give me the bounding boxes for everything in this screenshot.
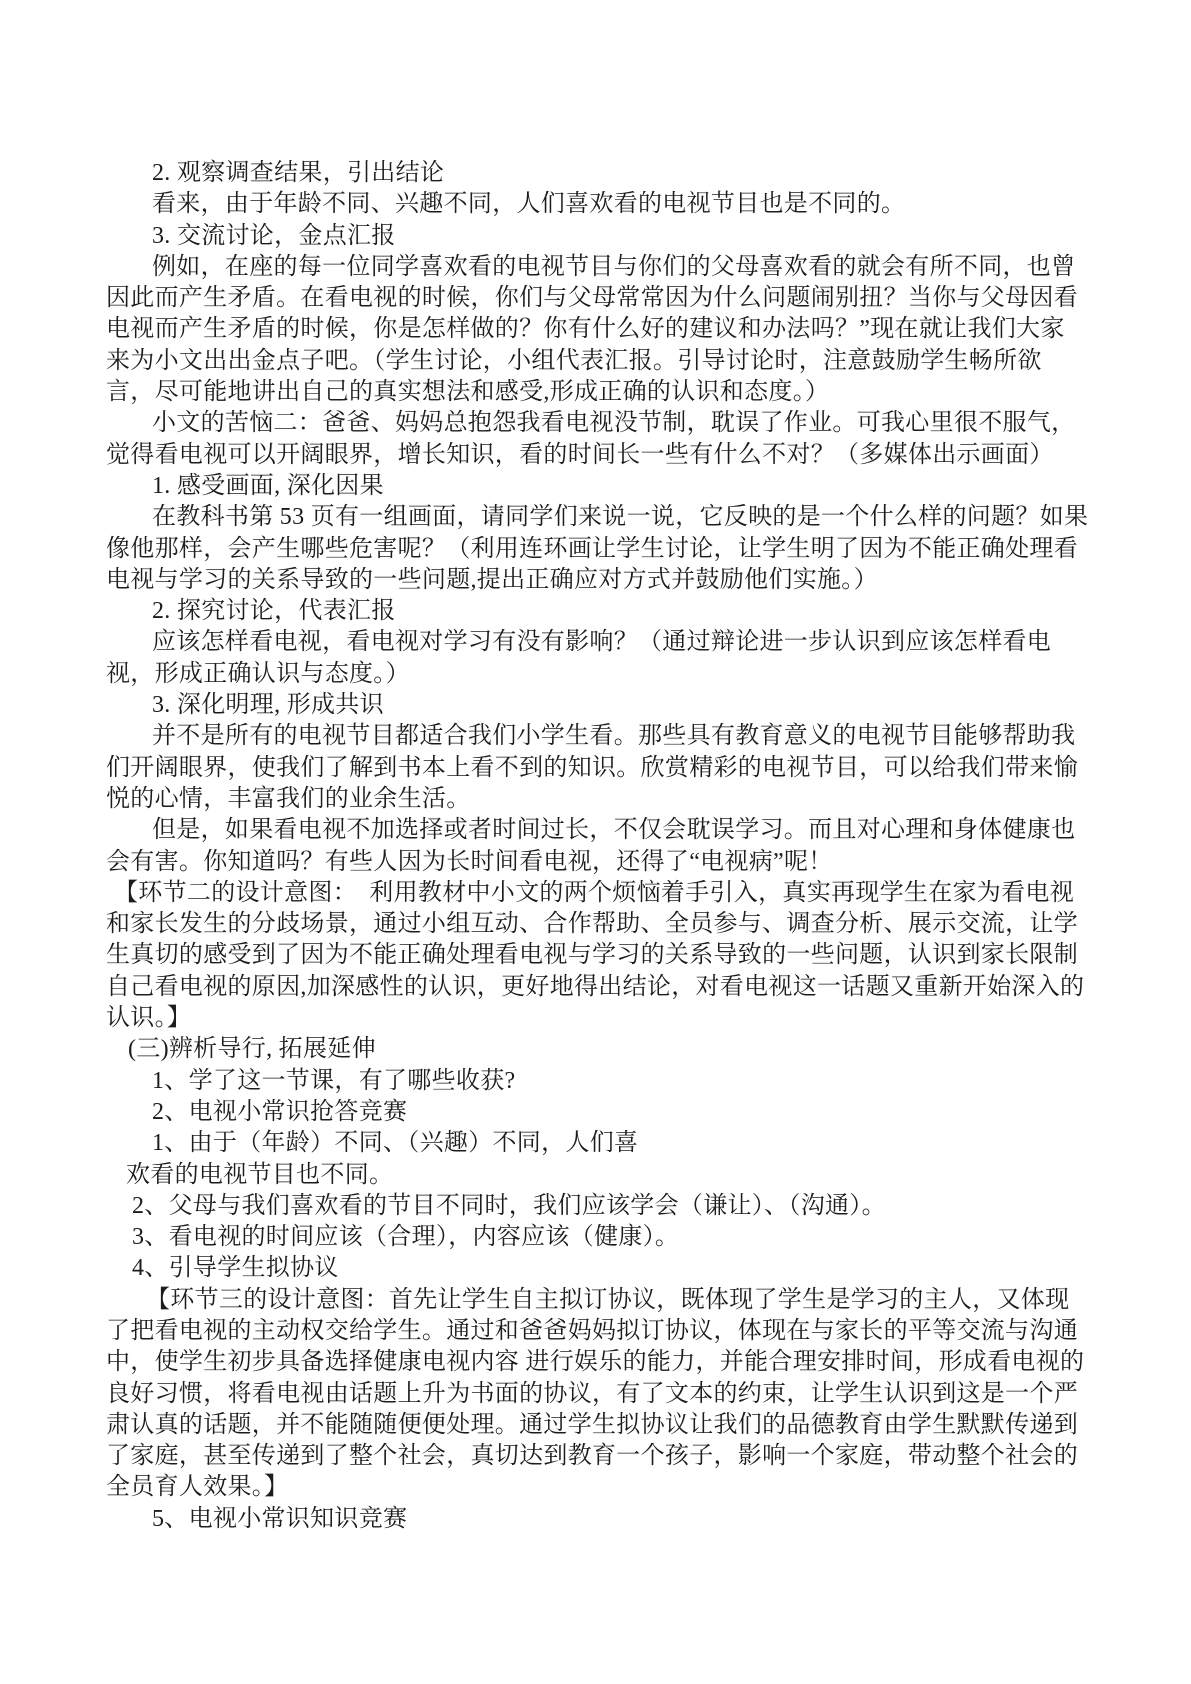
text-line: 2、电视小常识抢答竞赛 (106, 1097, 1116, 1128)
text-line: 会有害。你知道吗？有些人因为长时间看电视，还得了“电视病”呢！ (106, 847, 1116, 878)
text-line: 像他那样，会产生哪些危害呢？（利用连环画让学生讨论，让学生明了因为不能正确处理看 (106, 534, 1116, 565)
text-line: 在教科书第 53 页有一组画面，请同学们来说一说，它反映的是一个什么样的问题？如… (106, 502, 1116, 533)
text-line: 了家庭，甚至传递到了整个社会，真切达到教育一个孩子，影响一个家庭，带动整个社会的 (106, 1441, 1116, 1472)
text-line: 良好习惯，将看电视由话题上升为书面的协议，有了文本的约束，让学生认识到这是一个严 (106, 1379, 1116, 1410)
text-line: 视，形成正确认识与态度。） (106, 659, 1116, 690)
text-line: 悦的心情，丰富我们的业余生活。 (106, 784, 1116, 815)
text-line: 言，尽可能地讲出自己的真实想法和感受,形成正确的认识和态度。） (106, 377, 1116, 408)
text-line: 了把看电视的主动权交给学生。通过和爸爸妈妈拟订协议，体现在与家长的平等交流与沟通 (106, 1316, 1116, 1347)
text-line: 欢看的电视节目也不同。 (106, 1160, 1116, 1191)
text-line: 1、学了这一节课，有了哪些收获? (106, 1066, 1116, 1097)
text-line: 和家长发生的分歧场景，通过小组互动、合作帮助、全员参与、调查分析、展示交流，让学 (106, 909, 1116, 940)
text-line: 生真切的感受到了因为不能正确处理看电视与学习的关系导致的一些问题，认识到家长限制 (106, 940, 1116, 971)
text-line: 1、由于（年龄）不同、（兴趣）不同，人们喜 (106, 1128, 1116, 1159)
text-line: 4、引导学生拟协议 (106, 1253, 1116, 1284)
text-line: 们开阔眼界，使我们了解到书本上看不到的知识。欣赏精彩的电视节目，可以给我们带来愉 (106, 753, 1116, 784)
text-line: 认识。】 (106, 1003, 1116, 1034)
text-line: 3. 深化明理, 形成共识 (106, 690, 1116, 721)
text-line: 自己看电视的原因,加深感性的认识，更好地得出结论，对看电视这一话题又重新开始深入… (106, 972, 1116, 1003)
text-line: 【环节二的设计意图： 利用教材中小文的两个烦恼着手引入，真实再现学生在家为看电视 (106, 878, 1116, 909)
document-page: 2. 观察调查结果，引出结论看来，由于年龄不同、兴趣不同，人们喜欢看的电视节目也… (0, 0, 1191, 1684)
text-line: 3. 交流讨论，金点汇报 (106, 221, 1116, 252)
text-line: 2. 观察调查结果，引出结论 (106, 158, 1116, 189)
text-line: (三)辨析导行, 拓展延伸 (106, 1034, 1116, 1065)
text-line: 小文的苦恼二：爸爸、妈妈总抱怨我看电视没节制，耽误了作业。可我心里很不服气， (106, 408, 1116, 439)
text-line: 并不是所有的电视节目都适合我们小学生看。那些具有教育意义的电视节目能够帮助我 (106, 721, 1116, 752)
text-line: 来为小文出出金点子吧。（学生讨论，小组代表汇报。引导讨论时，注意鼓励学生畅所欲 (106, 346, 1116, 377)
text-line: 5、电视小常识知识竞赛 (106, 1504, 1116, 1535)
text-line: 看来，由于年龄不同、兴趣不同，人们喜欢看的电视节目也是不同的。 (106, 189, 1116, 220)
text-line: 2. 探究讨论，代表汇报 (106, 596, 1116, 627)
text-line: 肃认真的话题，并不能随随便便处理。通过学生拟协议让我们的品德教育由学生默默传递到 (106, 1410, 1116, 1441)
text-line: 3、看电视的时间应该（合理），内容应该（健康）。 (106, 1222, 1116, 1253)
text-line: 但是，如果看电视不加选择或者时间过长，不仅会耽误学习。而且对心理和身体健康也 (106, 815, 1116, 846)
text-line: 全员育人效果。】 (106, 1472, 1116, 1503)
text-block: 2. 观察调查结果，引出结论看来，由于年龄不同、兴趣不同，人们喜欢看的电视节目也… (106, 158, 1116, 1535)
text-line: 中，使学生初步具备选择健康电视内容 进行娱乐的能力，并能合理安排时间，形成看电视… (106, 1347, 1116, 1378)
text-line: 应该怎样看电视，看电视对学习有没有影响？（通过辩论进一步认识到应该怎样看电 (106, 627, 1116, 658)
text-line: 觉得看电视可以开阔眼界，增长知识，看的时间长一些有什么不对？（多媒体出示画面） (106, 440, 1116, 471)
text-line: 【环节三的设计意图：首先让学生自主拟订协议，既体现了学生是学习的主人，又体现 (106, 1285, 1116, 1316)
text-line: 电视与学习的关系导致的一些问题,提出正确应对方式并鼓励他们实施。） (106, 565, 1116, 596)
text-line: 1. 感受画面, 深化因果 (106, 471, 1116, 502)
text-line: 电视而产生矛盾的时候，你是怎样做的？你有什么好的建议和办法吗？”现在就让我们大家 (106, 314, 1116, 345)
text-line: 例如，在座的每一位同学喜欢看的电视节目与你们的父母喜欢看的就会有所不同，也曾 (106, 252, 1116, 283)
text-line: 因此而产生矛盾。在看电视的时候，你们与父母常常因为什么问题闹别扭？当你与父母因看 (106, 283, 1116, 314)
text-line: 2、父母与我们喜欢看的节目不同时，我们应该学会（谦让）、（沟通）。 (106, 1191, 1116, 1222)
